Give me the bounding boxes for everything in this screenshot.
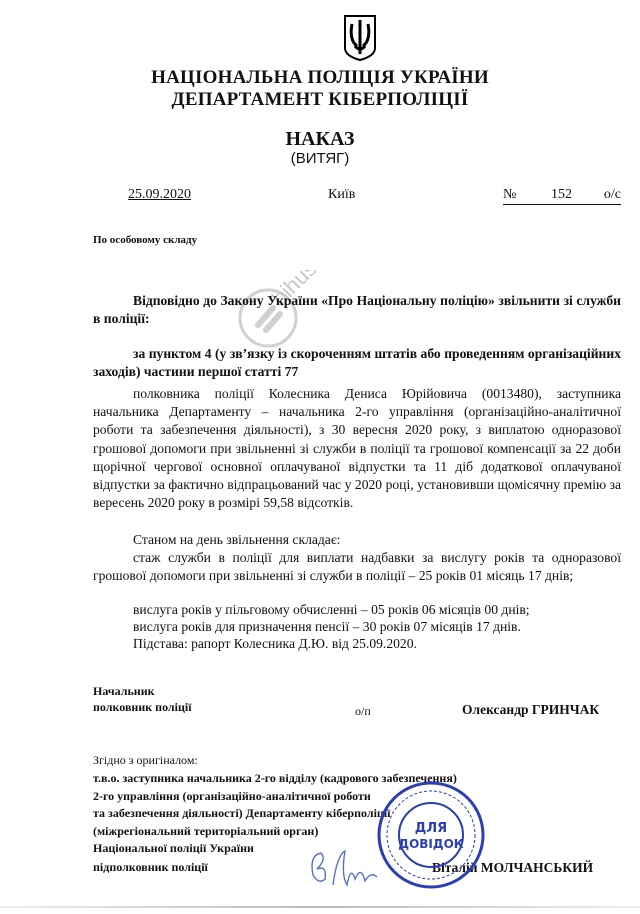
document-subtitle: (ВИТЯГ) xyxy=(0,150,640,167)
department-name: ДЕПАРТАМЕНТ КІБЕРПОЛІЦІЇ xyxy=(0,89,640,111)
cert-line-2: 2-го управління (організаційно-аналітичн… xyxy=(93,789,371,804)
handwritten-signature-icon xyxy=(305,835,385,895)
svg-text:ДОВІДОК: ДОВІДОК xyxy=(398,837,463,851)
document-city: Київ xyxy=(328,187,355,203)
svg-text:ДЛЯ: ДЛЯ xyxy=(415,821,447,836)
basis-paragraph: за пунктом 4 (у зв’язку із скороченням ш… xyxy=(93,345,621,380)
cert-line-5: Національної поліції України xyxy=(93,841,254,856)
number-suffix: о/с xyxy=(604,187,621,203)
document-title: НАКАЗ xyxy=(0,128,640,151)
section-label: По особовому складу xyxy=(93,234,197,246)
organization-name: НАЦІОНАЛЬНА ПОЛІЦІЯ УКРАЇНИ xyxy=(0,67,640,89)
status-intro: Станом на день звільнення складає: xyxy=(133,531,340,549)
signer-position: Начальник xyxy=(93,684,155,699)
preferential-service: вислуга років у пільговому обчисленні – … xyxy=(133,601,530,619)
number-value: 152 xyxy=(551,187,572,203)
certification-label: Згідно з оригіналом: xyxy=(93,753,198,768)
signer-name: Олександр ГРИНЧАК xyxy=(462,702,599,718)
intro-paragraph: Відповідно до Закону України «Про Націон… xyxy=(93,292,621,327)
document-date: 25.09.2020 xyxy=(128,187,191,203)
pension-service: вислуга років для призначення пенсії – 3… xyxy=(133,618,521,636)
cert-line-3: та забезпечення діяльності) Департаменту… xyxy=(93,806,391,821)
document-number: № 152 о/с xyxy=(503,187,621,205)
page-bottom-divider xyxy=(0,906,640,908)
main-paragraph: полковника поліції Колесника Дениса Юрій… xyxy=(93,385,621,512)
service-length: стаж служби в поліції для виплати надбав… xyxy=(93,549,621,584)
number-label: № xyxy=(503,187,516,203)
official-stamp-icon: ДЛЯ ДОВІДОК xyxy=(376,780,486,890)
grounds: Підстава: рапорт Колесника Д.Ю. від 25.0… xyxy=(133,635,417,653)
signer-rank: полковник поліції xyxy=(93,700,192,715)
signature-op: о/п xyxy=(355,704,371,719)
cert-line-6: підполковник поліції xyxy=(93,860,208,875)
coat-of-arms-icon xyxy=(343,14,377,62)
cert-line-4: (міжрегіональний територіальний орган) xyxy=(93,824,318,839)
